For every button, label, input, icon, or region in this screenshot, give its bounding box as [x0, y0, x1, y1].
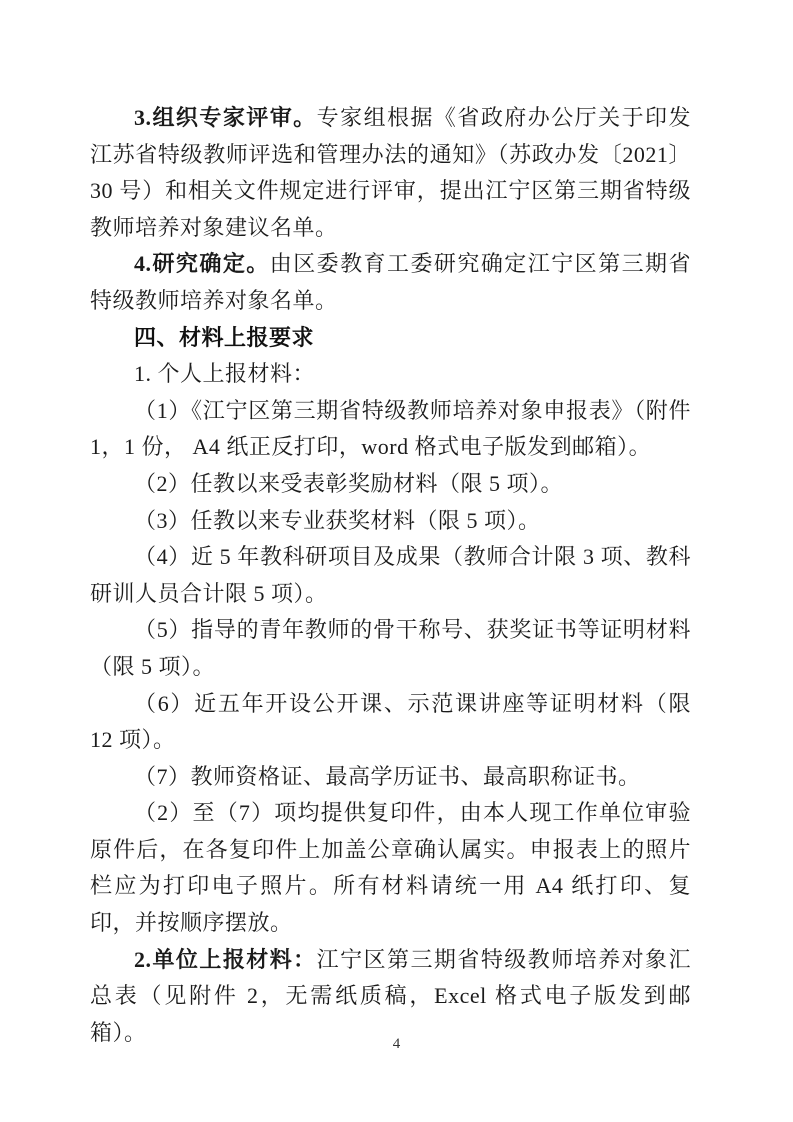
paragraph-copies-note: （2）至（7）项均提供复印件，由本人现工作单位审验原件后，在各复印件上加盖公章确… — [90, 795, 691, 941]
paragraph-lead: 4.研究确定。 — [134, 251, 270, 276]
paragraph-item-2: （2）任教以来受表彰奖励材料（限 5 项）。 — [90, 466, 691, 503]
section-heading-materials: 四、材料上报要求 — [90, 320, 691, 357]
paragraph-unit-materials: 2.单位上报材料：江宁区第三期省特级教师培养对象汇总表（见附件 2，无需纸质稿，… — [90, 942, 691, 1052]
document-page: 3.组织专家评审。专家组根据《省政府办公厅关于印发江苏省特级教师评选和管理办法的… — [0, 0, 793, 1122]
paragraph-item-4: （4）近 5 年教科研项目及成果（教师合计限 3 项、教科研训人员合计限 5 项… — [90, 539, 691, 612]
document-body: 3.组织专家评审。专家组根据《省政府办公厅关于印发江苏省特级教师评选和管理办法的… — [90, 100, 691, 1051]
paragraph-item-3: （3）任教以来专业获奖材料（限 5 项）。 — [90, 503, 691, 540]
paragraph-item-6: （6）近五年开设公开课、示范课讲座等证明材料（限 12 项）。 — [90, 686, 691, 759]
page-number: 4 — [0, 1036, 793, 1053]
paragraph-personal-materials-title: 1. 个人上报材料： — [90, 356, 691, 393]
paragraph-item-7: （7）教师资格证、最高学历证书、最高职称证书。 — [90, 759, 691, 796]
paragraph-expert-review: 3.组织专家评审。专家组根据《省政府办公厅关于印发江苏省特级教师评选和管理办法的… — [90, 100, 691, 246]
paragraph-item-5: （5）指导的青年教师的骨干称号、获奖证书等证明材料（限 5 项）。 — [90, 612, 691, 685]
paragraph-lead: 2.单位上报材料： — [134, 947, 317, 972]
paragraph-item-1: （1）《江宁区第三期省特级教师培养对象申报表》（附件 1，1 份， A4 纸正反… — [90, 393, 691, 466]
paragraph-research-confirm: 4.研究确定。由区委教育工委研究确定江宁区第三期省特级教师培养对象名单。 — [90, 246, 691, 319]
paragraph-lead: 3.组织专家评审。 — [134, 105, 317, 130]
